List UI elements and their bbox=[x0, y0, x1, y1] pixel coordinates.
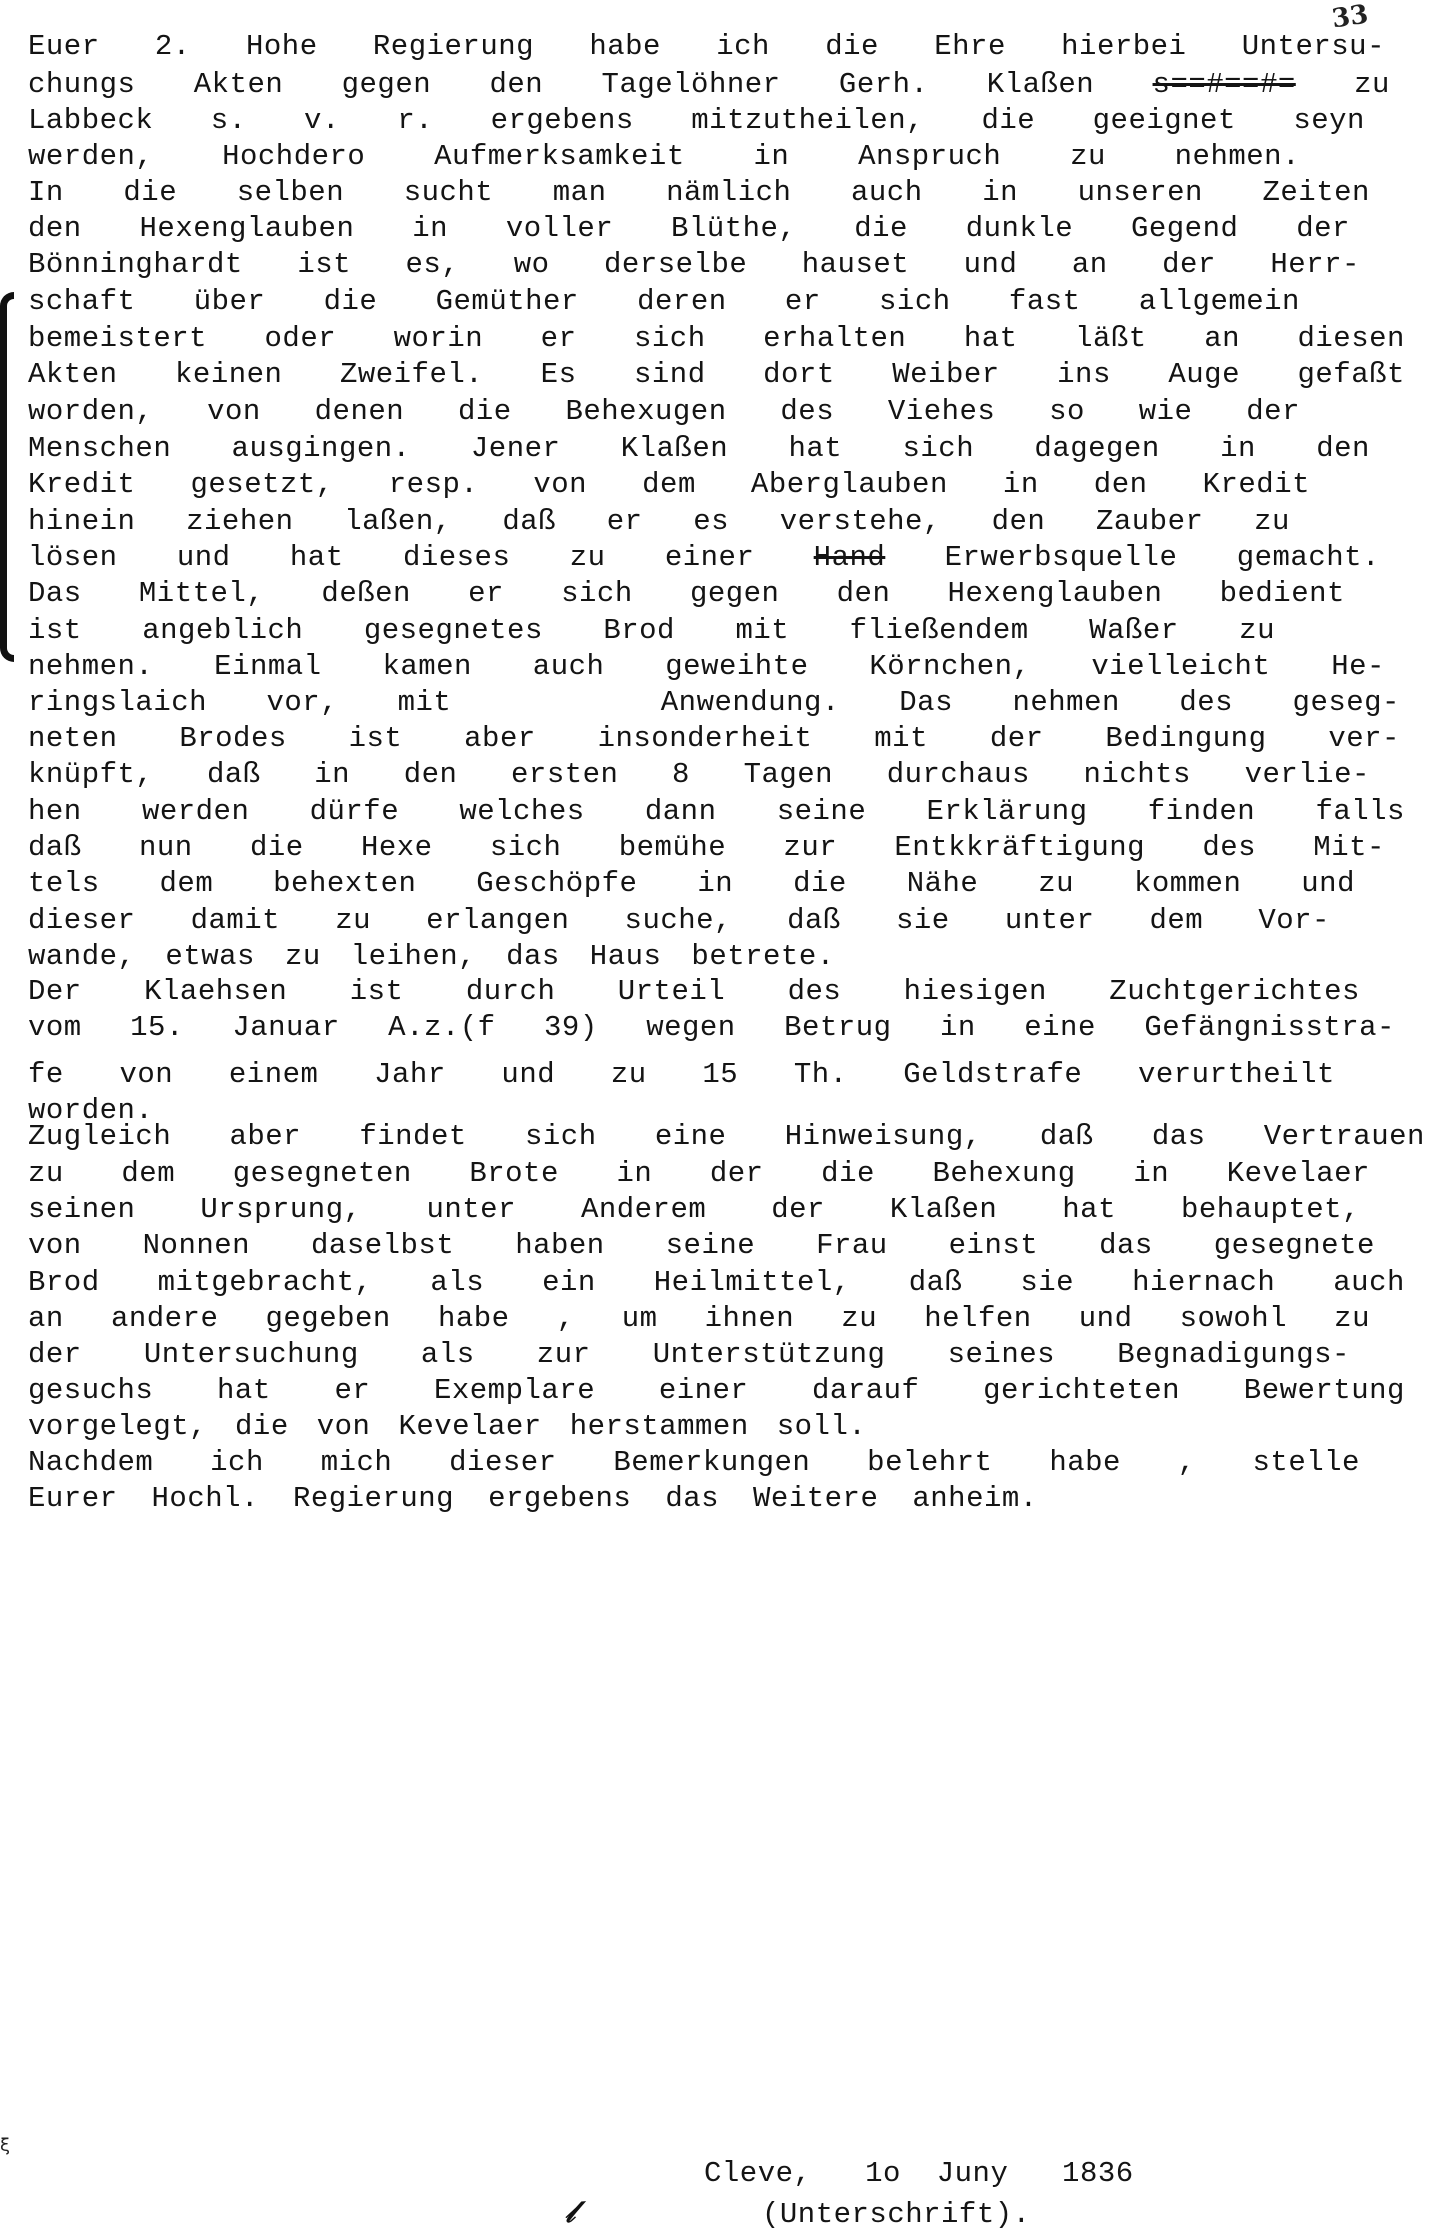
word: mit bbox=[874, 722, 928, 755]
word: daß bbox=[207, 758, 261, 791]
word: er bbox=[785, 285, 821, 318]
word: auch bbox=[851, 176, 923, 209]
word: die bbox=[250, 831, 304, 864]
word: und bbox=[1079, 1302, 1133, 1335]
word: erhalten bbox=[763, 322, 906, 355]
word: allgemein bbox=[1139, 285, 1300, 318]
word: daß bbox=[502, 505, 556, 538]
word: 2. bbox=[155, 30, 191, 63]
word: fe bbox=[28, 1058, 64, 1091]
word: des bbox=[1179, 686, 1233, 719]
text-line: daßnundieHexesichbemühezurEntkkräftigung… bbox=[28, 831, 1385, 865]
word: zu bbox=[1354, 68, 1390, 101]
word: der bbox=[1296, 212, 1350, 245]
word: in bbox=[982, 176, 1018, 209]
word: daß bbox=[1040, 1120, 1094, 1153]
word: den bbox=[489, 68, 543, 101]
word: Brod bbox=[603, 614, 675, 647]
word: verstehe, bbox=[780, 505, 941, 538]
word: mitgebracht, bbox=[158, 1266, 373, 1299]
text-line: DasMittel,deßenersichgegendenHexenglaube… bbox=[28, 577, 1345, 611]
word: zu bbox=[335, 904, 371, 937]
word: die bbox=[821, 1157, 875, 1190]
word: keinen bbox=[175, 358, 282, 391]
word: ins bbox=[1057, 358, 1111, 391]
word: ich bbox=[210, 1446, 264, 1479]
word: gesetzt, bbox=[190, 468, 333, 501]
word: Kevelaer bbox=[1227, 1157, 1370, 1190]
text-line: telsdembehextenGeschöpfeindieNähezukomme… bbox=[28, 867, 1355, 901]
word: sie bbox=[1020, 1266, 1074, 1299]
text-line: knüpft,daßindenersten8Tagendurchausnicht… bbox=[28, 758, 1370, 792]
word: dieser bbox=[449, 1446, 556, 1479]
word: Anspruch bbox=[858, 140, 1001, 173]
word: kamen bbox=[382, 650, 472, 683]
word: Brod bbox=[28, 1266, 100, 1299]
word: und bbox=[501, 1058, 555, 1091]
word: Hochdero bbox=[222, 140, 365, 173]
word: findet bbox=[359, 1120, 466, 1153]
text-line: Bönninghardtistes,woderselbehausetundand… bbox=[28, 248, 1360, 282]
word: habe bbox=[1049, 1446, 1121, 1479]
word: die bbox=[324, 285, 378, 318]
word: stelle bbox=[1253, 1446, 1360, 1479]
word: ergebens bbox=[491, 104, 634, 137]
text-line: schaftüberdieGemütherderenersichfastallg… bbox=[28, 285, 1300, 319]
word: Zauber bbox=[1096, 505, 1203, 538]
word: aber bbox=[464, 722, 536, 755]
word: zur bbox=[783, 831, 837, 864]
word: vom bbox=[28, 1011, 82, 1044]
word: einst bbox=[949, 1229, 1039, 1262]
word: Zeiten bbox=[1262, 176, 1369, 209]
word: verurtheilt bbox=[1138, 1058, 1335, 1091]
word: falls bbox=[1315, 795, 1405, 828]
word: mitzutheilen, bbox=[691, 104, 924, 137]
text-line: henwerdendürfewelchesdannseineErklärungf… bbox=[28, 795, 1405, 829]
word: diesen bbox=[1298, 322, 1405, 355]
word: Weitere bbox=[753, 1482, 878, 1515]
word: Aberglauben bbox=[751, 468, 948, 501]
text-line: nehmen.EinmalkamenauchgeweihteKörnchen,v… bbox=[28, 650, 1385, 684]
word: Tagen bbox=[744, 758, 834, 791]
word: Das bbox=[899, 686, 953, 719]
word: hauset bbox=[802, 248, 909, 281]
word: Frau bbox=[816, 1229, 888, 1262]
word: laßen, bbox=[344, 505, 451, 538]
word: als bbox=[430, 1266, 484, 1299]
word: lösen bbox=[28, 541, 118, 574]
word: 39) bbox=[544, 1011, 598, 1044]
word: hiernach bbox=[1132, 1266, 1275, 1299]
word: fließendem bbox=[850, 614, 1029, 647]
text-line: werden,HochderoAufmerksamkeitinAnspruchz… bbox=[28, 140, 1300, 174]
word: soll. bbox=[777, 1410, 867, 1443]
word: in bbox=[940, 1011, 976, 1044]
word: zu bbox=[1254, 505, 1290, 538]
word: zu bbox=[1239, 614, 1275, 647]
word: in bbox=[412, 212, 448, 245]
word: geweihte bbox=[665, 650, 808, 683]
text-line: NachdemichmichdieserBemerkungenbelehrtha… bbox=[28, 1446, 1360, 1480]
word: sucht bbox=[404, 176, 494, 209]
word: daß bbox=[787, 904, 841, 937]
text-line: ZugleichaberfindetsicheineHinweisung,daß… bbox=[28, 1120, 1425, 1154]
word: in bbox=[697, 867, 733, 900]
word: daselbst bbox=[311, 1229, 454, 1262]
word: nehmen bbox=[1012, 686, 1119, 719]
word: ist bbox=[28, 614, 82, 647]
word: knüpft, bbox=[28, 758, 153, 791]
word: unseren bbox=[1078, 176, 1203, 209]
word: mit bbox=[735, 614, 789, 647]
text-line: worden,vondenendieBehexugendesViehessowi… bbox=[28, 395, 1300, 429]
word: Bemerkungen bbox=[613, 1446, 810, 1479]
word: Zweifel. bbox=[340, 358, 483, 391]
word: gegen bbox=[342, 68, 432, 101]
word: hiesigen bbox=[904, 975, 1047, 1008]
margin-bracket bbox=[0, 292, 14, 662]
word: Klaßen bbox=[987, 68, 1094, 101]
word: läßt bbox=[1075, 322, 1147, 355]
struck-word: Hand bbox=[814, 541, 886, 574]
word: wie bbox=[1139, 395, 1193, 428]
word: Begnadigungs- bbox=[1117, 1338, 1350, 1371]
word: habe bbox=[438, 1302, 510, 1335]
word: die bbox=[123, 176, 177, 209]
word: aber bbox=[229, 1120, 301, 1153]
text-line: netenBrodesistaberinsonderheitmitderBedi… bbox=[28, 722, 1400, 756]
word: seine bbox=[666, 1229, 756, 1262]
word: chungs bbox=[28, 68, 135, 101]
word: von bbox=[207, 395, 261, 428]
word: die bbox=[825, 30, 879, 63]
word: herstammen bbox=[570, 1410, 749, 1443]
word: Gerh. bbox=[839, 68, 929, 101]
word: durch bbox=[466, 975, 556, 1008]
text-line: chungsAktengegendenTagelöhnerGerh.Klaßen… bbox=[28, 68, 1390, 102]
text-line: seinenUrsprung,unterAnderemderKlaßenhatb… bbox=[28, 1193, 1360, 1227]
word: dieser bbox=[28, 904, 135, 937]
word: r. bbox=[397, 104, 433, 137]
word: bedient bbox=[1220, 577, 1345, 610]
word: Anwendung. bbox=[661, 686, 840, 719]
word: Klaßen bbox=[890, 1193, 997, 1226]
word: sich bbox=[525, 1120, 597, 1153]
text-line: gesuchshaterExemplareeinerdaraufgerichte… bbox=[28, 1374, 1405, 1408]
word: s. bbox=[211, 104, 247, 137]
word: man bbox=[553, 176, 607, 209]
text-line: Labbecks.v.r.ergebensmitzutheilen,diegee… bbox=[28, 104, 1365, 138]
word: gesegneten bbox=[233, 1157, 412, 1190]
word: seinen bbox=[28, 1193, 135, 1226]
word: zu bbox=[1070, 140, 1106, 173]
word: dem bbox=[160, 867, 214, 900]
word: ist bbox=[297, 248, 351, 281]
word: dagegen bbox=[1034, 432, 1159, 465]
word: damit bbox=[191, 904, 281, 937]
word: er bbox=[607, 505, 643, 538]
word: Regierung bbox=[293, 1482, 454, 1515]
word: wande, bbox=[28, 940, 135, 973]
word: mich bbox=[321, 1446, 393, 1479]
word: sich bbox=[490, 831, 562, 864]
word: sich bbox=[879, 285, 951, 318]
word: selben bbox=[237, 176, 344, 209]
word: helfen bbox=[924, 1302, 1031, 1335]
word: Unterstützung bbox=[653, 1338, 886, 1371]
word: einer bbox=[659, 1374, 749, 1407]
word: und bbox=[177, 541, 231, 574]
word: nehmen. bbox=[1175, 140, 1300, 173]
text-line: AktenkeinenZweifel.EssinddortWeiberinsAu… bbox=[28, 358, 1405, 392]
word: auch bbox=[1333, 1266, 1405, 1299]
word: A.z.(f bbox=[388, 1011, 495, 1044]
word: dunkle bbox=[966, 212, 1073, 245]
word: Akten bbox=[28, 358, 118, 391]
word: Herr- bbox=[1270, 248, 1360, 281]
word: insonderheit bbox=[598, 722, 813, 755]
word: Geschöpfe bbox=[476, 867, 637, 900]
word: worden, bbox=[28, 395, 153, 428]
word: leihen, bbox=[351, 940, 476, 973]
word: Viehes bbox=[888, 395, 995, 428]
word: hat bbox=[290, 541, 344, 574]
word: zu bbox=[1038, 867, 1074, 900]
word: Brote bbox=[469, 1157, 559, 1190]
word: ein bbox=[542, 1266, 596, 1299]
word: Euer bbox=[28, 30, 100, 63]
word: Weiber bbox=[892, 358, 999, 391]
word: gegen bbox=[690, 577, 780, 610]
word: ergebens bbox=[488, 1482, 631, 1515]
word: Eurer bbox=[28, 1482, 118, 1515]
word: Urteil bbox=[618, 975, 725, 1008]
word: Hohe bbox=[246, 30, 318, 63]
word: neten bbox=[28, 722, 118, 755]
word: gerichteten bbox=[983, 1374, 1180, 1407]
word: nichts bbox=[1084, 758, 1191, 791]
word: sowohl bbox=[1180, 1302, 1287, 1335]
word: vor, bbox=[267, 686, 339, 719]
word: an bbox=[1072, 248, 1108, 281]
word: ersten bbox=[511, 758, 618, 791]
place-date: Cleve, 1o Juny 1836 bbox=[704, 2157, 1134, 2190]
word: Das bbox=[28, 577, 82, 610]
letter-page: 33 ξ 𝓁 Euer2.HoheRegierunghabeichdieEhre… bbox=[0, 0, 1455, 2228]
word: sind bbox=[634, 358, 706, 391]
word: durchaus bbox=[887, 758, 1030, 791]
word: habe bbox=[589, 30, 661, 63]
word: seyn bbox=[1293, 104, 1365, 137]
text-line: Brodmitgebracht,alseinHeilmittel,daßsieh… bbox=[28, 1266, 1405, 1300]
word: mit bbox=[398, 686, 452, 719]
word: Aufmerksamkeit bbox=[434, 140, 685, 173]
word: in bbox=[1133, 1157, 1169, 1190]
word: Behexung bbox=[932, 1157, 1075, 1190]
word: ziehen bbox=[186, 505, 293, 538]
text-line: EurerHochl.RegierungergebensdasWeiterean… bbox=[28, 1482, 1038, 1516]
word: die bbox=[235, 1410, 289, 1443]
word: Gefängnisstra- bbox=[1144, 1011, 1395, 1044]
word: anheim. bbox=[912, 1482, 1037, 1515]
word: tels bbox=[28, 867, 100, 900]
word: in bbox=[616, 1157, 652, 1190]
text-line: bemeistertoderworinersicherhaltenhatläßt… bbox=[28, 322, 1405, 356]
word: das bbox=[1152, 1120, 1206, 1153]
word: Mittel, bbox=[139, 577, 264, 610]
word: die bbox=[854, 212, 908, 245]
word: der bbox=[710, 1157, 764, 1190]
text-line: derUntersuchungalszurUnterstützungseines… bbox=[28, 1338, 1350, 1372]
word: der bbox=[28, 1338, 82, 1371]
word: sich bbox=[902, 432, 974, 465]
word: 15. bbox=[130, 1011, 184, 1044]
word: dürfe bbox=[310, 795, 400, 828]
word: seines bbox=[948, 1338, 1055, 1371]
word: eine bbox=[1024, 1011, 1096, 1044]
signature-line: (Unterschrift). bbox=[762, 2198, 1031, 2228]
struck-word: s==#==#= bbox=[1153, 68, 1296, 101]
word: ich bbox=[716, 30, 770, 63]
text-line: DerKlaehsenistdurchUrteildeshiesigenZuch… bbox=[28, 975, 1360, 1009]
word: Bönninghardt bbox=[28, 248, 243, 281]
word: Klaßen bbox=[621, 432, 728, 465]
word: suche, bbox=[625, 904, 732, 937]
word: hinein bbox=[28, 505, 135, 538]
word: Vor- bbox=[1258, 904, 1330, 937]
word: werden, bbox=[28, 140, 153, 173]
word: zur bbox=[537, 1338, 591, 1371]
word: zu bbox=[1334, 1302, 1370, 1335]
word: unter bbox=[426, 1193, 516, 1226]
word: nehmen. bbox=[28, 650, 153, 683]
word: Akten bbox=[194, 68, 284, 101]
word: Januar bbox=[232, 1011, 339, 1044]
place-date-line: Cleve, 1o Juny 1836 bbox=[704, 2157, 1134, 2191]
word: Nähe bbox=[907, 867, 979, 900]
word: sich bbox=[634, 322, 706, 355]
word: von bbox=[317, 1410, 371, 1443]
word: daß bbox=[909, 1266, 963, 1299]
word: zu bbox=[841, 1302, 877, 1335]
word: hen bbox=[28, 795, 82, 828]
signature-tick: 𝓁 bbox=[565, 2195, 575, 2228]
word: nun bbox=[139, 831, 193, 864]
word: dem bbox=[1149, 904, 1203, 937]
word: haben bbox=[515, 1229, 605, 1262]
word: einem bbox=[229, 1058, 319, 1091]
word: an bbox=[28, 1302, 64, 1335]
word: Gemüther bbox=[436, 285, 579, 318]
word: Der bbox=[28, 975, 82, 1008]
word: die bbox=[981, 104, 1035, 137]
word: wegen bbox=[646, 1011, 736, 1044]
margin-mark: ξ bbox=[0, 2135, 10, 2156]
word: belehrt bbox=[867, 1446, 992, 1479]
word: Tagelöhner bbox=[602, 68, 781, 101]
word: Anderem bbox=[581, 1193, 706, 1226]
word: Es bbox=[541, 358, 577, 391]
word: seine bbox=[777, 795, 867, 828]
word: der bbox=[1162, 248, 1216, 281]
word: betrete. bbox=[691, 940, 834, 973]
word: bemühe bbox=[619, 831, 726, 864]
word: Hexenglauben bbox=[948, 577, 1163, 610]
word: verlie- bbox=[1245, 758, 1370, 791]
word: fast bbox=[1009, 285, 1081, 318]
word: vielleicht bbox=[1091, 650, 1270, 683]
word: derselbe bbox=[604, 248, 747, 281]
word: behexten bbox=[273, 867, 416, 900]
word: Zugleich bbox=[28, 1120, 171, 1153]
word: das bbox=[506, 940, 560, 973]
word: kommen bbox=[1134, 867, 1241, 900]
word: Hexenglauben bbox=[140, 212, 355, 245]
word: Haus bbox=[590, 940, 662, 973]
word: deren bbox=[637, 285, 727, 318]
word: des bbox=[1202, 831, 1256, 864]
word: gesegnete bbox=[1214, 1229, 1375, 1262]
text-line: zudemgesegnetenBroteinderdieBehexunginKe… bbox=[28, 1157, 1370, 1191]
word: Nonnen bbox=[143, 1229, 250, 1262]
word: geseg- bbox=[1293, 686, 1400, 719]
word: ver- bbox=[1328, 722, 1400, 755]
word: an bbox=[1204, 322, 1240, 355]
word: hierbei bbox=[1061, 30, 1186, 63]
text-line: dieserdamitzuerlangensuche,daßsieunterde… bbox=[28, 904, 1330, 938]
word: dem bbox=[642, 468, 696, 501]
word: den bbox=[1094, 468, 1148, 501]
word: angeblich bbox=[142, 614, 303, 647]
text-line: ananderegegebenhabe,umihnenzuhelfenundso… bbox=[28, 1302, 1370, 1336]
word: von bbox=[28, 1229, 82, 1262]
word: finden bbox=[1148, 795, 1255, 828]
word: Untersuchung bbox=[144, 1338, 359, 1371]
word: des bbox=[780, 395, 834, 428]
word: Hochl. bbox=[152, 1482, 259, 1515]
word: 8 bbox=[672, 758, 690, 791]
text-line: Euer2.HoheRegierunghabeichdieEhrehierbei… bbox=[28, 30, 1385, 64]
word: Erklärung bbox=[926, 795, 1087, 828]
word: in bbox=[1003, 468, 1039, 501]
word: geeignet bbox=[1093, 104, 1236, 137]
word: hat bbox=[1062, 1193, 1116, 1226]
word: resp. bbox=[389, 468, 479, 501]
word: hat bbox=[964, 322, 1018, 355]
word: gemacht. bbox=[1237, 541, 1380, 574]
word: 15 bbox=[702, 1058, 738, 1091]
word: worin bbox=[394, 322, 484, 355]
word: Menschen bbox=[28, 432, 171, 465]
word: er bbox=[468, 577, 504, 610]
word: vorgelegt, bbox=[28, 1410, 207, 1443]
word: v. bbox=[304, 104, 340, 137]
word: Geldstrafe bbox=[903, 1058, 1082, 1091]
word: Klaehsen bbox=[144, 975, 287, 1008]
word: Gegend bbox=[1131, 212, 1238, 245]
word: der bbox=[1246, 395, 1300, 428]
text-line: vonNonnendaselbsthabenseineFraueinstdasg… bbox=[28, 1229, 1375, 1263]
text-line: IndieselbensuchtmannämlichauchinunserenZ… bbox=[28, 176, 1370, 210]
word: bemeistert bbox=[28, 322, 207, 355]
word: Regierung bbox=[373, 30, 534, 63]
word: darauf bbox=[812, 1374, 919, 1407]
word: Jahr bbox=[374, 1058, 446, 1091]
word: Auge bbox=[1168, 358, 1240, 391]
word: Vertrauen bbox=[1264, 1120, 1425, 1153]
word: die bbox=[793, 867, 847, 900]
